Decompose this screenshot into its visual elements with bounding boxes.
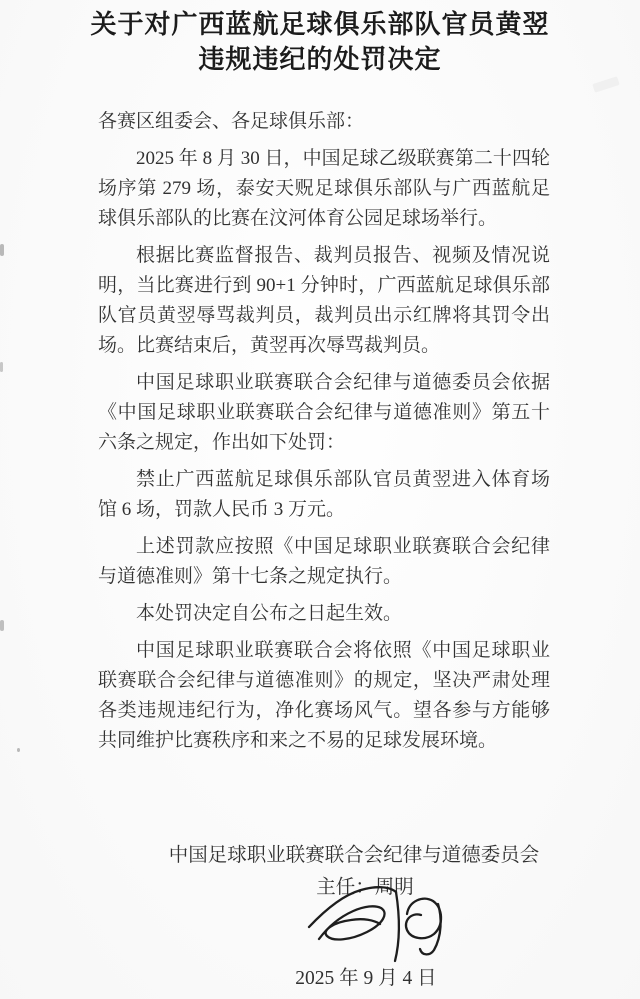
paragraph: 2025 年 8 月 30 日，中国足球乙级联赛第二十四轮场序第 279 场，泰…: [98, 144, 550, 234]
paragraph: 中国足球职业联赛联合会将依照《中国足球职业联赛联合会纪律与道德准则》的规定，坚决…: [98, 636, 550, 756]
paragraph: 本处罚决定自公布之日起生效。: [98, 599, 550, 629]
issuing-organization: 中国足球职业联赛联合会纪律与道德委员会: [0, 839, 640, 867]
paragraph: 禁止广西蓝航足球俱乐部队官员黄翌进入体育场馆 6 场，罚款人民币 3 万元。: [98, 465, 550, 525]
scan-artifact: [0, 620, 4, 631]
title-line-1: 关于对广西蓝航足球俱乐部队官员黄翌: [0, 7, 640, 42]
body-paragraphs: 2025 年 8 月 30 日，中国足球乙级联赛第二十四轮场序第 279 场，泰…: [98, 144, 550, 756]
issue-date: 2025 年 9 月 4 日: [0, 962, 640, 990]
scan-artifact: [592, 76, 620, 93]
document-body: 各赛区组委会、各足球俱乐部： 2025 年 8 月 30 日，中国足球乙级联赛第…: [98, 107, 550, 756]
salutation: 各赛区组委会、各足球俱乐部：: [98, 107, 550, 137]
document-title: 关于对广西蓝航足球俱乐部队官员黄翌 违规违纪的处罚决定: [0, 0, 640, 77]
title-line-2: 违规违纪的处罚决定: [0, 42, 640, 77]
paragraph: 中国足球职业联赛联合会纪律与道德委员会依据《中国足球职业联赛联合会纪律与道德准则…: [98, 368, 550, 458]
handwritten-signature: [299, 883, 453, 969]
paragraph: 上述罚款应按照《中国足球职业联赛联合会纪律与道德准则》第十七条之规定执行。: [98, 532, 550, 592]
document-page: 关于对广西蓝航足球俱乐部队官员黄翌 违规违纪的处罚决定 各赛区组委会、各足球俱乐…: [0, 0, 640, 999]
paragraph: 根据比赛监督报告、裁判员报告、视频及情况说明，当比赛进行到 90+1 分钟时，广…: [98, 241, 550, 361]
scan-artifact: [17, 748, 20, 752]
scan-artifact: [0, 244, 4, 256]
scan-artifact: [0, 362, 3, 372]
